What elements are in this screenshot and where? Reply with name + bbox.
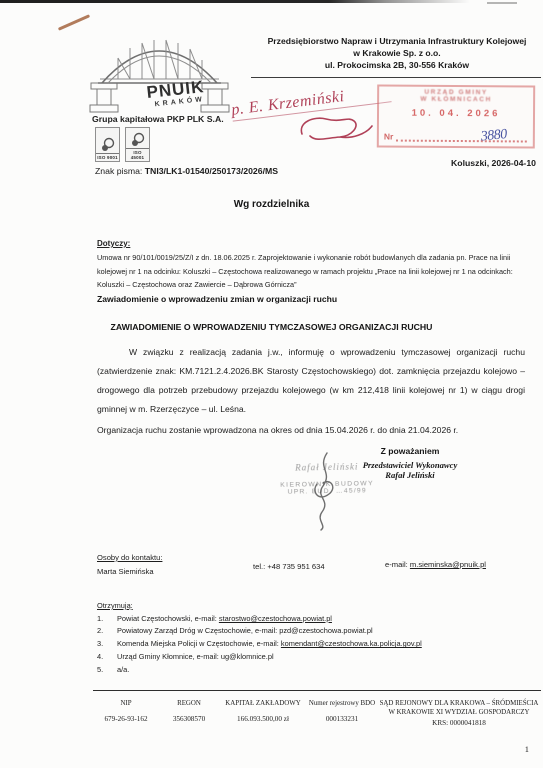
iso-45001-badge: ISO 45001 (125, 127, 150, 162)
list-item-text: Powiat Częstochowski, e-mail: starostwo@… (117, 613, 332, 626)
distribution-list: Otrzymują: 1. Powiat Częstochowski, e-ma… (97, 600, 422, 676)
footer-registry-table: NIP 679-26-93-162 REGON 356308570 KAPITA… (93, 695, 541, 727)
pnuik-bridge-logo: PNUIK KRAKÓW (88, 33, 233, 119)
iso-9001-badge: ISO 9001 (95, 127, 120, 162)
stamp-date: 10. 04. 2026 (383, 107, 529, 119)
column-value: 356308570 (159, 715, 219, 723)
pen-mark-artifact (58, 14, 90, 31)
header-divider (251, 77, 541, 78)
footer-col-court: SĄD REJONOWY DLA KRAKOWA – ŚRÓDMIEŚCIA W… (377, 695, 541, 727)
stamp-nr-label: Nr (384, 131, 394, 141)
column-header: KAPITAŁ ZAKŁADOWY (219, 695, 307, 709)
contact-label: Osoby do kontaktu: (97, 551, 162, 565)
company-header: Przedsiębiorstwo Napraw i Utrzymania Inf… (253, 35, 541, 71)
capital-group-line: Grupa kapitałowa PKP PLK S.A. (92, 114, 224, 124)
footer-col-bdo: Numer rejestrowy BDO 000133231 (307, 695, 377, 727)
closing-phrase: Z poważaniem (325, 446, 495, 456)
reference-line: Znak pisma: TNI3/LK1-01540/250173/2026/M… (95, 166, 278, 176)
footer-col-kapital: KAPITAŁ ZAKŁADOWY 166.093.500,00 zł (219, 695, 307, 727)
scan-edge-artifact-dash (487, 2, 517, 4)
period-line: Organizacja ruchu zostanie wprowadzona n… (97, 425, 537, 435)
list-item: 4. Urząd Gminy Kłomnice, e-mail: ug@klom… (97, 651, 422, 664)
contact-phone: tel.: +48 735 951 634 (253, 562, 325, 571)
contact-email-line: e-mail: m.sieminska@pnuik.pl (385, 560, 486, 569)
iso-badge-label: ISO 45001 (126, 148, 149, 161)
contact-email-link: m.sieminska@pnuik.pl (410, 560, 486, 569)
company-city-line: w Krakowie Sp. z o.o. (253, 47, 541, 59)
list-item-text: a/a. (117, 664, 129, 677)
list-item-number: 4. (97, 651, 117, 664)
certificate-gear-icon (130, 132, 146, 148)
scan-edge-artifact (0, 0, 470, 3)
page-number: 1 (525, 744, 529, 754)
footer-col-nip: NIP 679-26-93-162 (93, 695, 159, 727)
contact-email-prefix: e-mail: (385, 560, 410, 569)
document-title: ZAWIADOMIENIE O WPROWADZENIU TYMCZASOWEJ… (0, 322, 543, 332)
reference-label: Znak pisma: (95, 166, 145, 176)
company-name-line: Przedsiębiorstwo Napraw i Utrzymania Inf… (253, 35, 541, 47)
list-item-number: 3. (97, 638, 117, 651)
list-item: 1. Powiat Częstochowski, e-mail: starost… (97, 613, 422, 626)
footer-col-regon: REGON 356308570 (159, 695, 219, 727)
list-item-email-link: starostwo@czestochowa.powiat.pl (219, 614, 332, 623)
bridge-icon: PNUIK KRAKÓW (88, 33, 233, 119)
reference-number: TNI3/LK1-01540/250173/2026/MS (145, 166, 278, 176)
list-item-pre: a/a. (117, 665, 129, 674)
list-item-text: Komenda Miejska Policji w Częstochowie, … (117, 638, 422, 651)
iso-badges: ISO 9001 ISO 45001 (95, 127, 150, 162)
column-header: Numer rejestrowy BDO (307, 695, 377, 709)
stamp-handwritten-number: 3880 (480, 127, 507, 145)
column-header: NIP (93, 695, 159, 709)
column-value: 679-26-93-162 (93, 715, 159, 723)
subject-body: Umowa nr 90/101/0019/25/Z/I z dn. 18.06.… (97, 251, 541, 290)
list-item-pre: Powiat Częstochowski, e-mail: (117, 614, 219, 623)
list-item-email-link: komendant@czestochowa.ka.policja.gov.pl (281, 639, 422, 648)
list-item-pre: Komenda Miejska Policji w Częstochowie, … (117, 639, 281, 648)
list-item-number: 5. (97, 664, 117, 677)
list-item: 5. a/a. (97, 664, 422, 677)
column-value: KRS: 0000041818 (377, 719, 541, 727)
distribution-label: Otrzymują: (97, 600, 422, 613)
iso-badge-label: ISO 9001 (96, 153, 119, 161)
column-value: 000133231 (307, 715, 377, 723)
contact-block: Osoby do kontaktu: Marta Siemińska (97, 551, 162, 580)
list-item-text: Urząd Gminy Kłomnice, e-mail: ug@klomnic… (117, 651, 274, 664)
contact-name: Marta Siemińska (97, 565, 162, 579)
list-item-pre: Urząd Gminy Kłomnice, e-mail: ug@klomnic… (117, 652, 274, 661)
addressee-line: Wg rozdzielnika (0, 199, 543, 210)
subject-bold-line: Zawiadomienie o wprowadzeniu zmian w org… (97, 292, 541, 307)
received-date-stamp: URZĄD GMINY W KŁOMNICACH 10. 04. 2026 Nr… (377, 84, 535, 148)
stamp-office-line2: W KŁOMNICACH (383, 95, 529, 103)
place-and-date: Koluszki, 2026-04-10 (451, 158, 536, 168)
body-paragraph: W związku z realizacją zadania j.w., inf… (97, 343, 525, 419)
handwritten-paraphe-scribble (296, 112, 376, 151)
list-item: 2. Powiatowy Zarząd Dróg w Częstochowie,… (97, 625, 422, 638)
list-item-number: 1. (97, 613, 117, 626)
column-value: 166.093.500,00 zł (219, 715, 307, 723)
signature-scribble (307, 450, 343, 537)
subject-block: Dotyczy: Umowa nr 90/101/0019/25/Z/I z d… (97, 237, 541, 307)
scanned-letter-page: PNUIK KRAKÓW Grupa kapitałowa PKP PLK S.… (0, 0, 543, 768)
list-item-pre: Powiatowy Zarząd Dróg w Częstochowie, e-… (117, 626, 373, 635)
subject-label: Dotyczy: (97, 237, 541, 251)
list-item-text: Powiatowy Zarząd Dróg w Częstochowie, e-… (117, 625, 373, 638)
column-header: REGON (159, 695, 219, 709)
column-header: SĄD REJONOWY DLA KRAKOWA – ŚRÓDMIEŚCIA W… (377, 695, 541, 718)
certificate-gear-icon (100, 137, 116, 153)
list-item-number: 2. (97, 625, 117, 638)
company-address-line: ul. Prokocimska 2B, 30-556 Kraków (253, 59, 541, 71)
list-item: 3. Komenda Miejska Policji w Częstochowi… (97, 638, 422, 651)
footer-divider (93, 690, 541, 691)
